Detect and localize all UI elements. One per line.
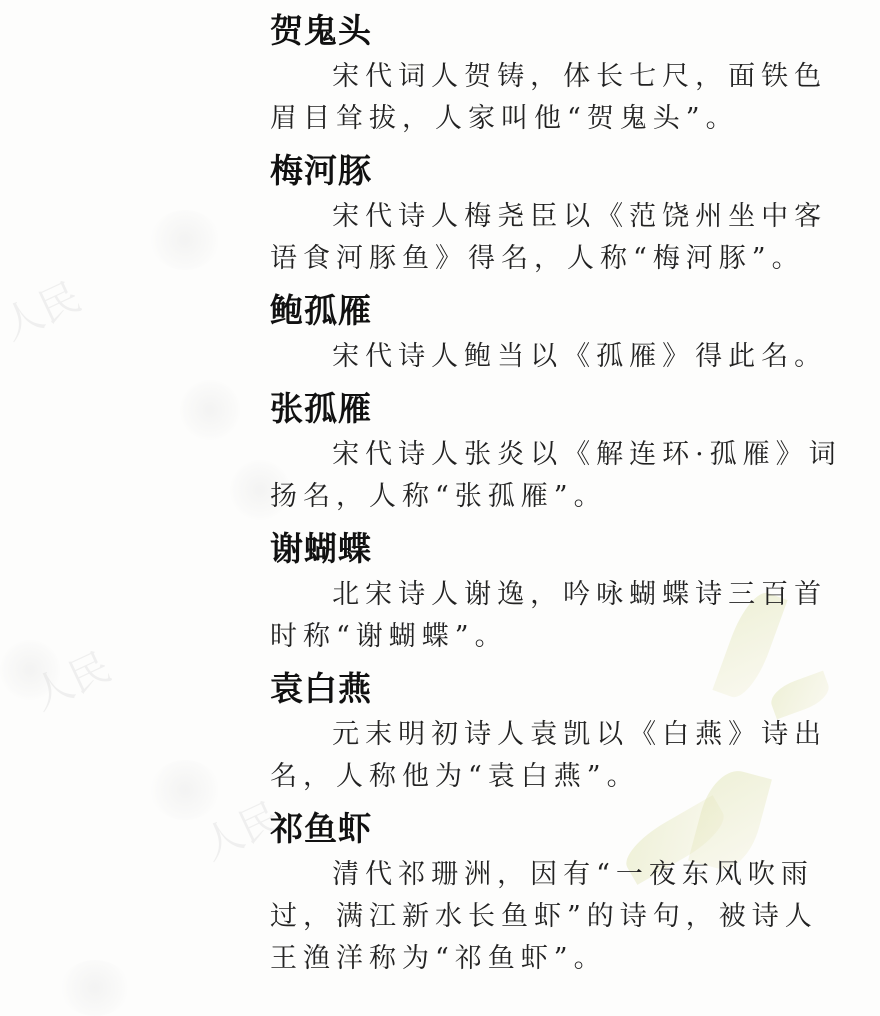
entry-text: 清代祁珊洲，因有“一夜东风吹雨过，满江新水长鱼虾”的诗句，被诗人王渔洋称为“祁鱼… — [270, 854, 850, 980]
entry-text: 宋代词人贺铸，体长七尺，面铁色眉目耸拔，人家叫他“贺鬼头”。 — [270, 56, 850, 140]
entry-mei-hetun: 梅河豚 宋代诗人梅尧臣以《范饶州坐中客语食河豚鱼》得名，人称“梅河豚”。 — [270, 146, 850, 280]
entry-title: 梅河豚 — [270, 146, 850, 196]
watermark-text: 人民 — [0, 266, 88, 351]
poet-nickname-list: 贺鬼头 宋代词人贺铸，体长七尺，面铁色眉目耸拔，人家叫他“贺鬼头”。 梅河豚 宋… — [270, 6, 850, 986]
watermark-logo — [150, 210, 220, 270]
entry-qi-yuxia: 祁鱼虾 清代祁珊洲，因有“一夜东风吹雨过，满江新水长鱼虾”的诗句，被诗人王渔洋称… — [270, 804, 850, 980]
watermark-logo — [60, 960, 130, 1016]
entry-title: 张孤雁 — [270, 384, 850, 434]
entry-text: 元末明初诗人袁凯以《白燕》诗出名，人称他为“袁白燕”。 — [270, 714, 850, 798]
entry-zhang-guyan: 张孤雁 宋代诗人张炎以《解连环·孤雁》词扬名，人称“张孤雁”。 — [270, 384, 850, 518]
entry-title: 鲍孤雁 — [270, 286, 850, 336]
watermark-logo — [180, 380, 240, 440]
entry-bao-guyan: 鲍孤雁 宋代诗人鲍当以《孤雁》得此名。 — [270, 286, 850, 378]
entry-title: 贺鬼头 — [270, 6, 850, 56]
entry-text: 宋代诗人张炎以《解连环·孤雁》词扬名，人称“张孤雁”。 — [270, 434, 850, 518]
entry-he-guitou: 贺鬼头 宋代词人贺铸，体长七尺，面铁色眉目耸拔，人家叫他“贺鬼头”。 — [270, 6, 850, 140]
entry-title: 祁鱼虾 — [270, 804, 850, 854]
entry-text: 北宋诗人谢逸，吟咏蝴蝶诗三百首时称“谢蝴蝶”。 — [270, 574, 850, 658]
entry-yuan-baiyan: 袁白燕 元末明初诗人袁凯以《白燕》诗出名，人称他为“袁白燕”。 — [270, 664, 850, 798]
entry-text: 宋代诗人鲍当以《孤雁》得此名。 — [270, 336, 850, 378]
entry-xie-hudie: 谢蝴蝶 北宋诗人谢逸，吟咏蝴蝶诗三百首时称“谢蝴蝶”。 — [270, 524, 850, 658]
entry-title: 袁白燕 — [270, 664, 850, 714]
entry-text: 宋代诗人梅尧臣以《范饶州坐中客语食河豚鱼》得名，人称“梅河豚”。 — [270, 196, 850, 280]
entry-title: 谢蝴蝶 — [270, 524, 850, 574]
